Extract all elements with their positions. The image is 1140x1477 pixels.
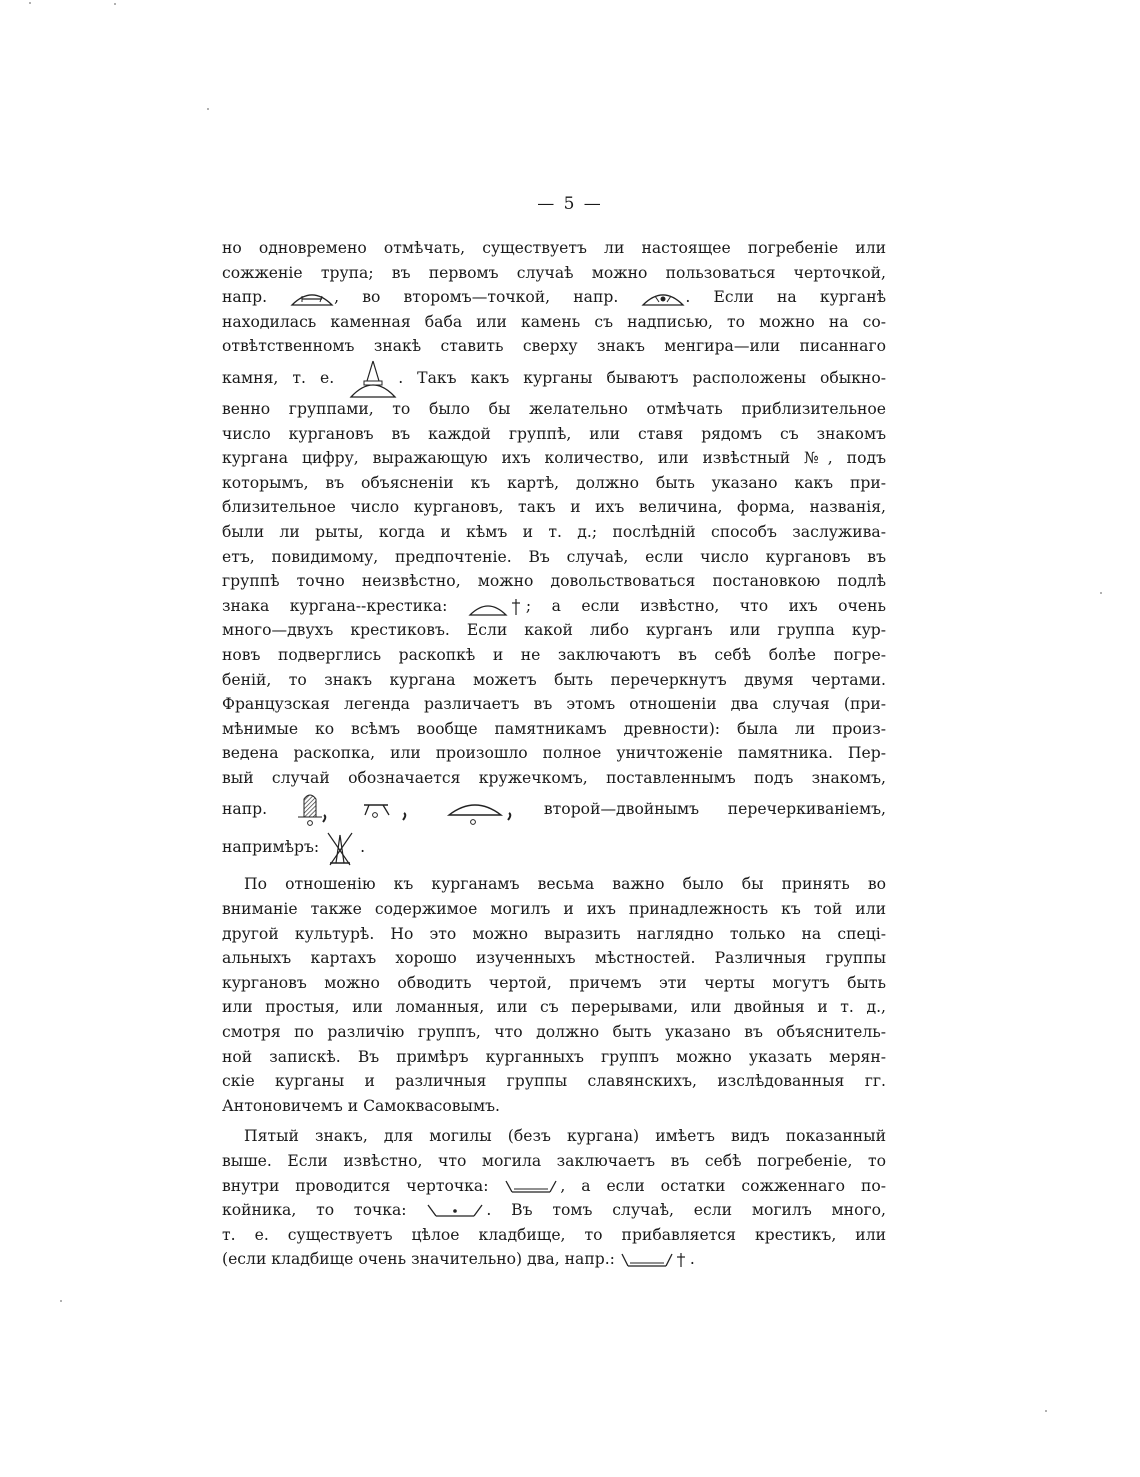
scan-speck [207, 108, 209, 110]
paragraph-3: Пятый знакъ, для могилы (безъ кургана) и… [222, 1124, 886, 1272]
menhir-with-circle-icon [296, 791, 330, 829]
text-line: отвѣтственномъ знакѣ ставить сверху знак… [222, 334, 886, 359]
text-line: число кургановъ въ каждой группѣ, или ст… [222, 422, 886, 447]
text-line: группѣ точно неизвѣстно, можно довольств… [222, 569, 886, 594]
scan-speck [1100, 592, 1102, 594]
text-line: знака кургана--крестика: ; а если извѣст… [222, 594, 886, 619]
text-fragment: камня, т. е. [222, 369, 334, 387]
text-fragment: ; а если извѣстно, что ихъ очень [526, 597, 886, 615]
text-fragment: . [690, 1250, 695, 1268]
barrow-with-menhir-icon [348, 359, 398, 399]
grave-with-dot-icon [426, 1203, 486, 1219]
text-fragment: напр. [222, 800, 267, 818]
text-line: выше. Если извѣстно, что могила заключае… [222, 1149, 886, 1174]
text-fragment: знака кургана--крестика: [222, 597, 447, 615]
dolmen-with-circle-icon [358, 791, 414, 829]
text-line: ведена раскопка, или произошло полное ун… [222, 741, 886, 766]
text-line: или простыя, или ломанныя, или съ переры… [222, 995, 886, 1020]
barrow-with-dot-icon [641, 289, 685, 307]
text-line: внутри проводится черточка: , а если ост… [222, 1174, 886, 1199]
paragraph-1: но одновремено отмѣчать, существуетъ ли … [222, 236, 886, 866]
page-number: — 5 — [0, 194, 1140, 214]
grave-with-cross-icon [620, 1251, 690, 1269]
text-line: вниманiе также содержимое могилъ и ихъ п… [222, 897, 886, 922]
text-line: етъ, повидимому, предпочтенiе. Въ случаѣ… [222, 545, 886, 570]
barrow-with-circle-icon [443, 791, 515, 829]
text-line: По отношенiю къ курганамъ весьма важно б… [222, 872, 886, 897]
barrow-with-dash-icon [290, 289, 334, 307]
text-fragment: второй—двойнымъ перечеркиванiемъ, [544, 800, 886, 818]
page-body: но одновремено отмѣчать, существуетъ ли … [222, 236, 886, 1272]
text-line: но одновремено отмѣчать, существуетъ ли … [222, 236, 886, 261]
text-line: кургана цифру, выражающую ихъ количество… [222, 446, 886, 471]
scan-speck [60, 1300, 62, 1302]
text-fragment: напр. [222, 288, 267, 306]
text-line: бенiй, то знакъ кургана можетъ быть пере… [222, 668, 886, 693]
text-line: близительное число кургановъ, такъ и ихъ… [222, 495, 886, 520]
text-line: т. е. существуетъ цѣлое кладбище, то при… [222, 1223, 886, 1248]
text-line: Антоновичемъ и Самоквасовымъ. [222, 1094, 886, 1119]
text-line: мѣнимые ко всѣмъ вообще памятникамъ древ… [222, 717, 886, 742]
text-fragment: напримѣръ: [222, 838, 319, 856]
text-line: много—двухъ крестиковъ. Если какой либо … [222, 618, 886, 643]
double-crossed-monument-icon [324, 829, 360, 867]
document-page: — 5 — но одновремено отмѣчать, существуе… [0, 0, 1140, 1477]
text-line: камня, т. е. . Такъ какъ курганы бываютъ… [222, 359, 886, 397]
text-fragment: . [360, 838, 365, 856]
text-line: скiе курганы и различныя группы славянск… [222, 1069, 886, 1094]
text-line: (если кладбище очень значительно) два, н… [222, 1247, 886, 1272]
text-fragment: внутри проводится черточка: [222, 1177, 488, 1195]
paragraph-2: По отношенiю къ курганамъ весьма важно б… [222, 872, 886, 1118]
text-line: напр. второй—двойнымъ перечеркиванiемъ, [222, 790, 886, 828]
text-fragment: (если кладбище очень значительно) два, н… [222, 1250, 615, 1268]
text-fragment: койника, то точка: [222, 1201, 407, 1219]
text-line: смотря по различiю группъ, что должно бы… [222, 1020, 886, 1045]
text-line: альныхъ картахъ хорошо изученныхъ мѣстно… [222, 946, 886, 971]
text-line: были ли рыты, когда и кѣмъ и т. д.; посл… [222, 520, 886, 545]
grave-with-dash-icon [504, 1179, 560, 1195]
text-line: напр. , во второмъ—точкой, напр. . Если … [222, 285, 886, 310]
barrow-with-cross-icon [468, 597, 526, 617]
text-line: ной запискѣ. Въ примѣръ курганныхъ групп… [222, 1045, 886, 1070]
text-line: кургановъ можно обводить чертой, причемъ… [222, 971, 886, 996]
scan-speck [1045, 1410, 1047, 1412]
text-line: венно группами, то было бы желательно от… [222, 397, 886, 422]
text-line: напримѣръ: . [222, 828, 886, 866]
text-line: койника, то точка: . Въ томъ случаѣ, есл… [222, 1198, 886, 1223]
text-line: которымъ, въ объясненiи къ картѣ, должно… [222, 471, 886, 496]
text-line: Французская легенда различаетъ въ этомъ … [222, 692, 886, 717]
text-fragment: . Если на курганѣ [685, 288, 886, 306]
text-fragment: . Въ томъ случаѣ, если могилъ много, [486, 1201, 886, 1219]
text-fragment: , а если остатки сожженнаго по- [560, 1177, 886, 1195]
scan-speck [29, 2, 31, 4]
text-line: другой культурѣ. Но это можно выразить н… [222, 922, 886, 947]
text-line: сожженiе трупа; въ первомъ случаѣ можно … [222, 261, 886, 286]
text-fragment: , во второмъ—точкой, напр. [334, 288, 618, 306]
text-line: Пятый знакъ, для могилы (безъ кургана) и… [222, 1124, 886, 1149]
scan-speck [114, 3, 116, 5]
text-line: вый случай обозначается кружечкомъ, пост… [222, 766, 886, 791]
text-line: новъ подверглись раскопкѣ и не заключают… [222, 643, 886, 668]
text-fragment: . Такъ какъ курганы бываютъ расположены … [398, 369, 886, 387]
text-line: находилась каменная баба или камень съ н… [222, 310, 886, 335]
